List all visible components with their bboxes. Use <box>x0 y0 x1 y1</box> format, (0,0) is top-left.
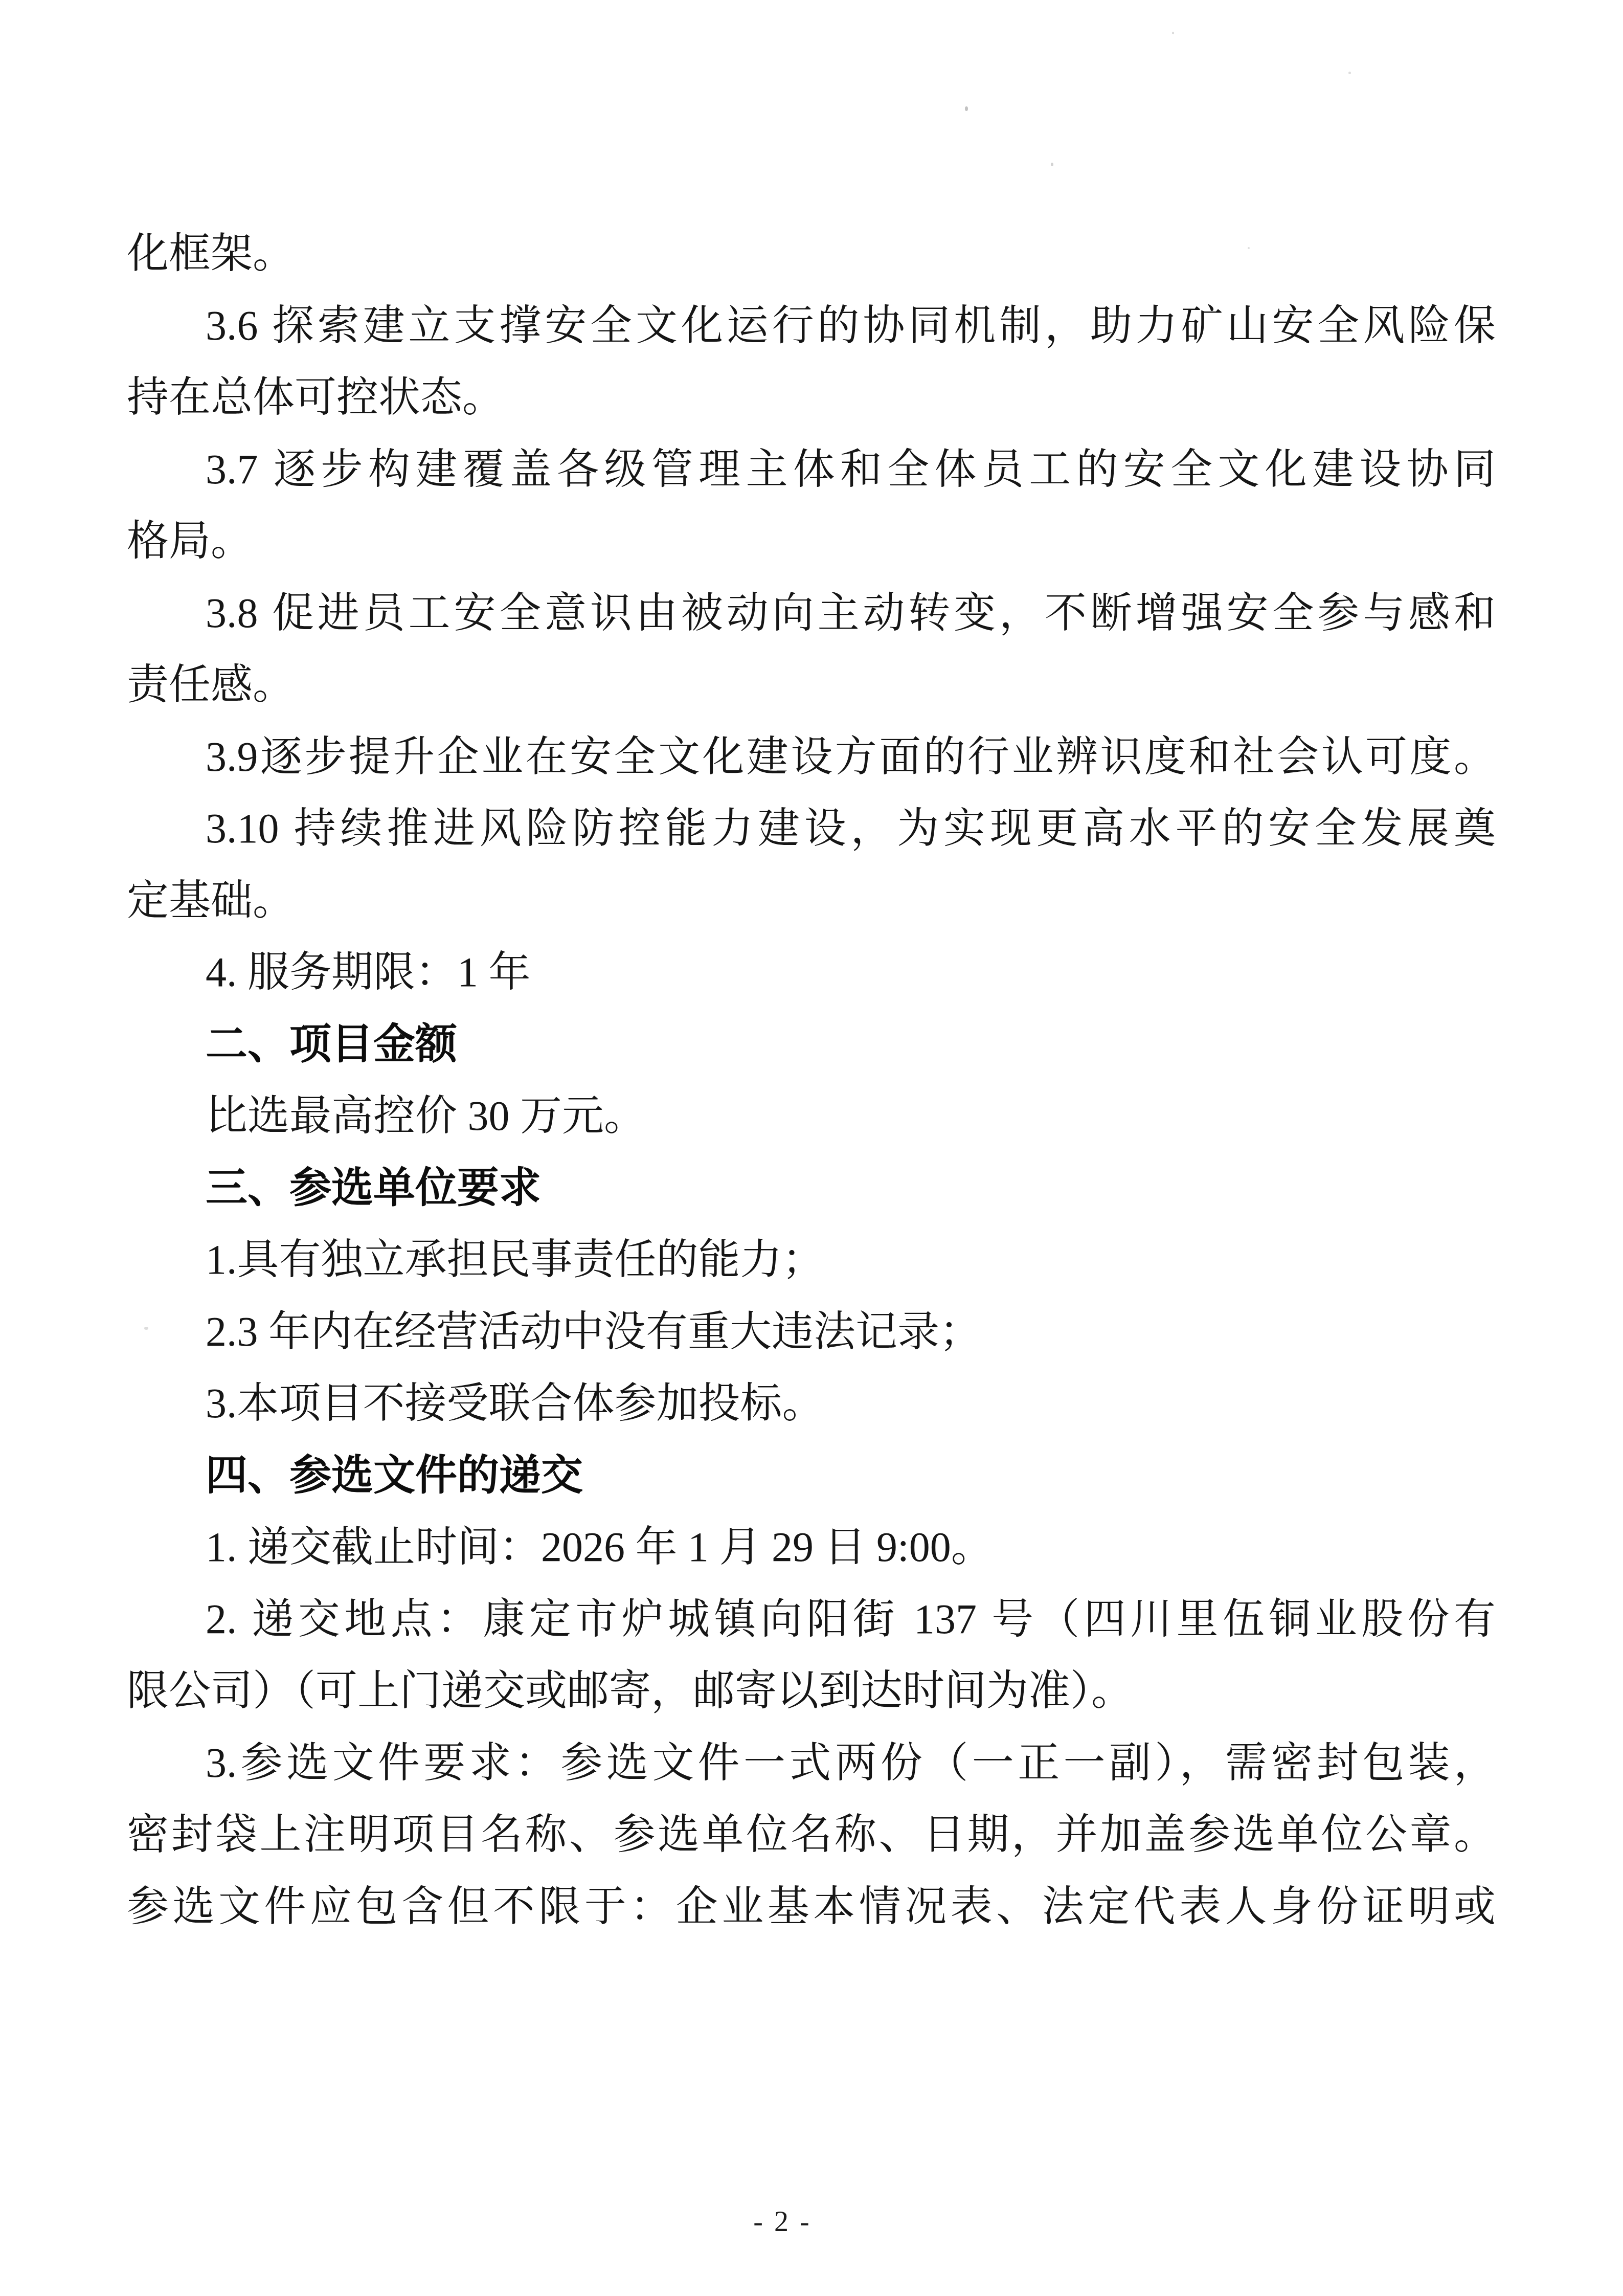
section-heading: 二、项目金额 <box>127 1009 1496 1081</box>
text-line: 1.具有独立承担民事责任的能力； <box>127 1224 1496 1296</box>
text-line: 3.6 探索建立支撑安全文化运行的协同机制，助力矿山安全风险保 <box>127 290 1496 362</box>
page-number: - 2 - <box>0 2205 1594 2238</box>
section-heading: 四、参选文件的递交 <box>127 1440 1496 1512</box>
text-line: 限公司）（可上门递交或邮寄，邮寄以到达时间为准）。 <box>127 1655 1496 1727</box>
text-line: 参选文件应包含但不限于：企业基本情况表、法定代表人身份证明或 <box>127 1871 1496 1943</box>
text-line: 3.9逐步提升企业在安全文化建设方面的行业辨识度和社会认可度。 <box>127 721 1496 793</box>
text-line: 密封袋上注明项目名称、参选单位名称、日期，并加盖参选单位公章。 <box>127 1799 1496 1871</box>
document-body: 化框架。 3.6 探索建立支撑安全文化运行的协同机制，助力矿山安全风险保 持在总… <box>127 218 1496 1943</box>
text-line: 责任感。 <box>127 649 1496 721</box>
scan-speck <box>965 106 968 111</box>
scan-speck <box>1051 163 1053 166</box>
document-page: 化框架。 3.6 探索建立支撑安全文化运行的协同机制，助力矿山安全风险保 持在总… <box>0 0 1623 2296</box>
text-line: 1. 递交截止时间：2026 年 1 月 29 日 9:00。 <box>127 1511 1496 1584</box>
text-line: 2.3 年内在经营活动中没有重大违法记录； <box>127 1296 1496 1368</box>
text-line: 格局。 <box>127 505 1496 577</box>
text-line: 比选最高控价 30 万元。 <box>127 1080 1496 1152</box>
text-line: 3.本项目不接受联合体参加投标。 <box>127 1368 1496 1440</box>
text-line: 定基础。 <box>127 865 1496 937</box>
text-line: 3.参选文件要求：参选文件一式两份（一正一副），需密封包装， <box>127 1727 1496 1799</box>
scan-speck <box>1348 72 1351 74</box>
scan-speck <box>1172 32 1174 34</box>
text-line: 化框架。 <box>127 218 1496 290</box>
text-line: 2. 递交地点：康定市炉城镇向阳街 137 号（四川里伍铜业股份有 <box>127 1584 1496 1656</box>
text-line: 4. 服务期限：1 年 <box>127 937 1496 1009</box>
text-line: 3.10 持续推进风险防控能力建设，为实现更高水平的安全发展奠 <box>127 793 1496 865</box>
text-line: 持在总体可控状态。 <box>127 362 1496 434</box>
text-line: 3.7 逐步构建覆盖各级管理主体和全体员工的安全文化建设协同 <box>127 434 1496 506</box>
section-heading: 三、参选单位要求 <box>127 1152 1496 1224</box>
text-line: 3.8 促进员工安全意识由被动向主动转变，不断增强安全参与感和 <box>127 577 1496 650</box>
